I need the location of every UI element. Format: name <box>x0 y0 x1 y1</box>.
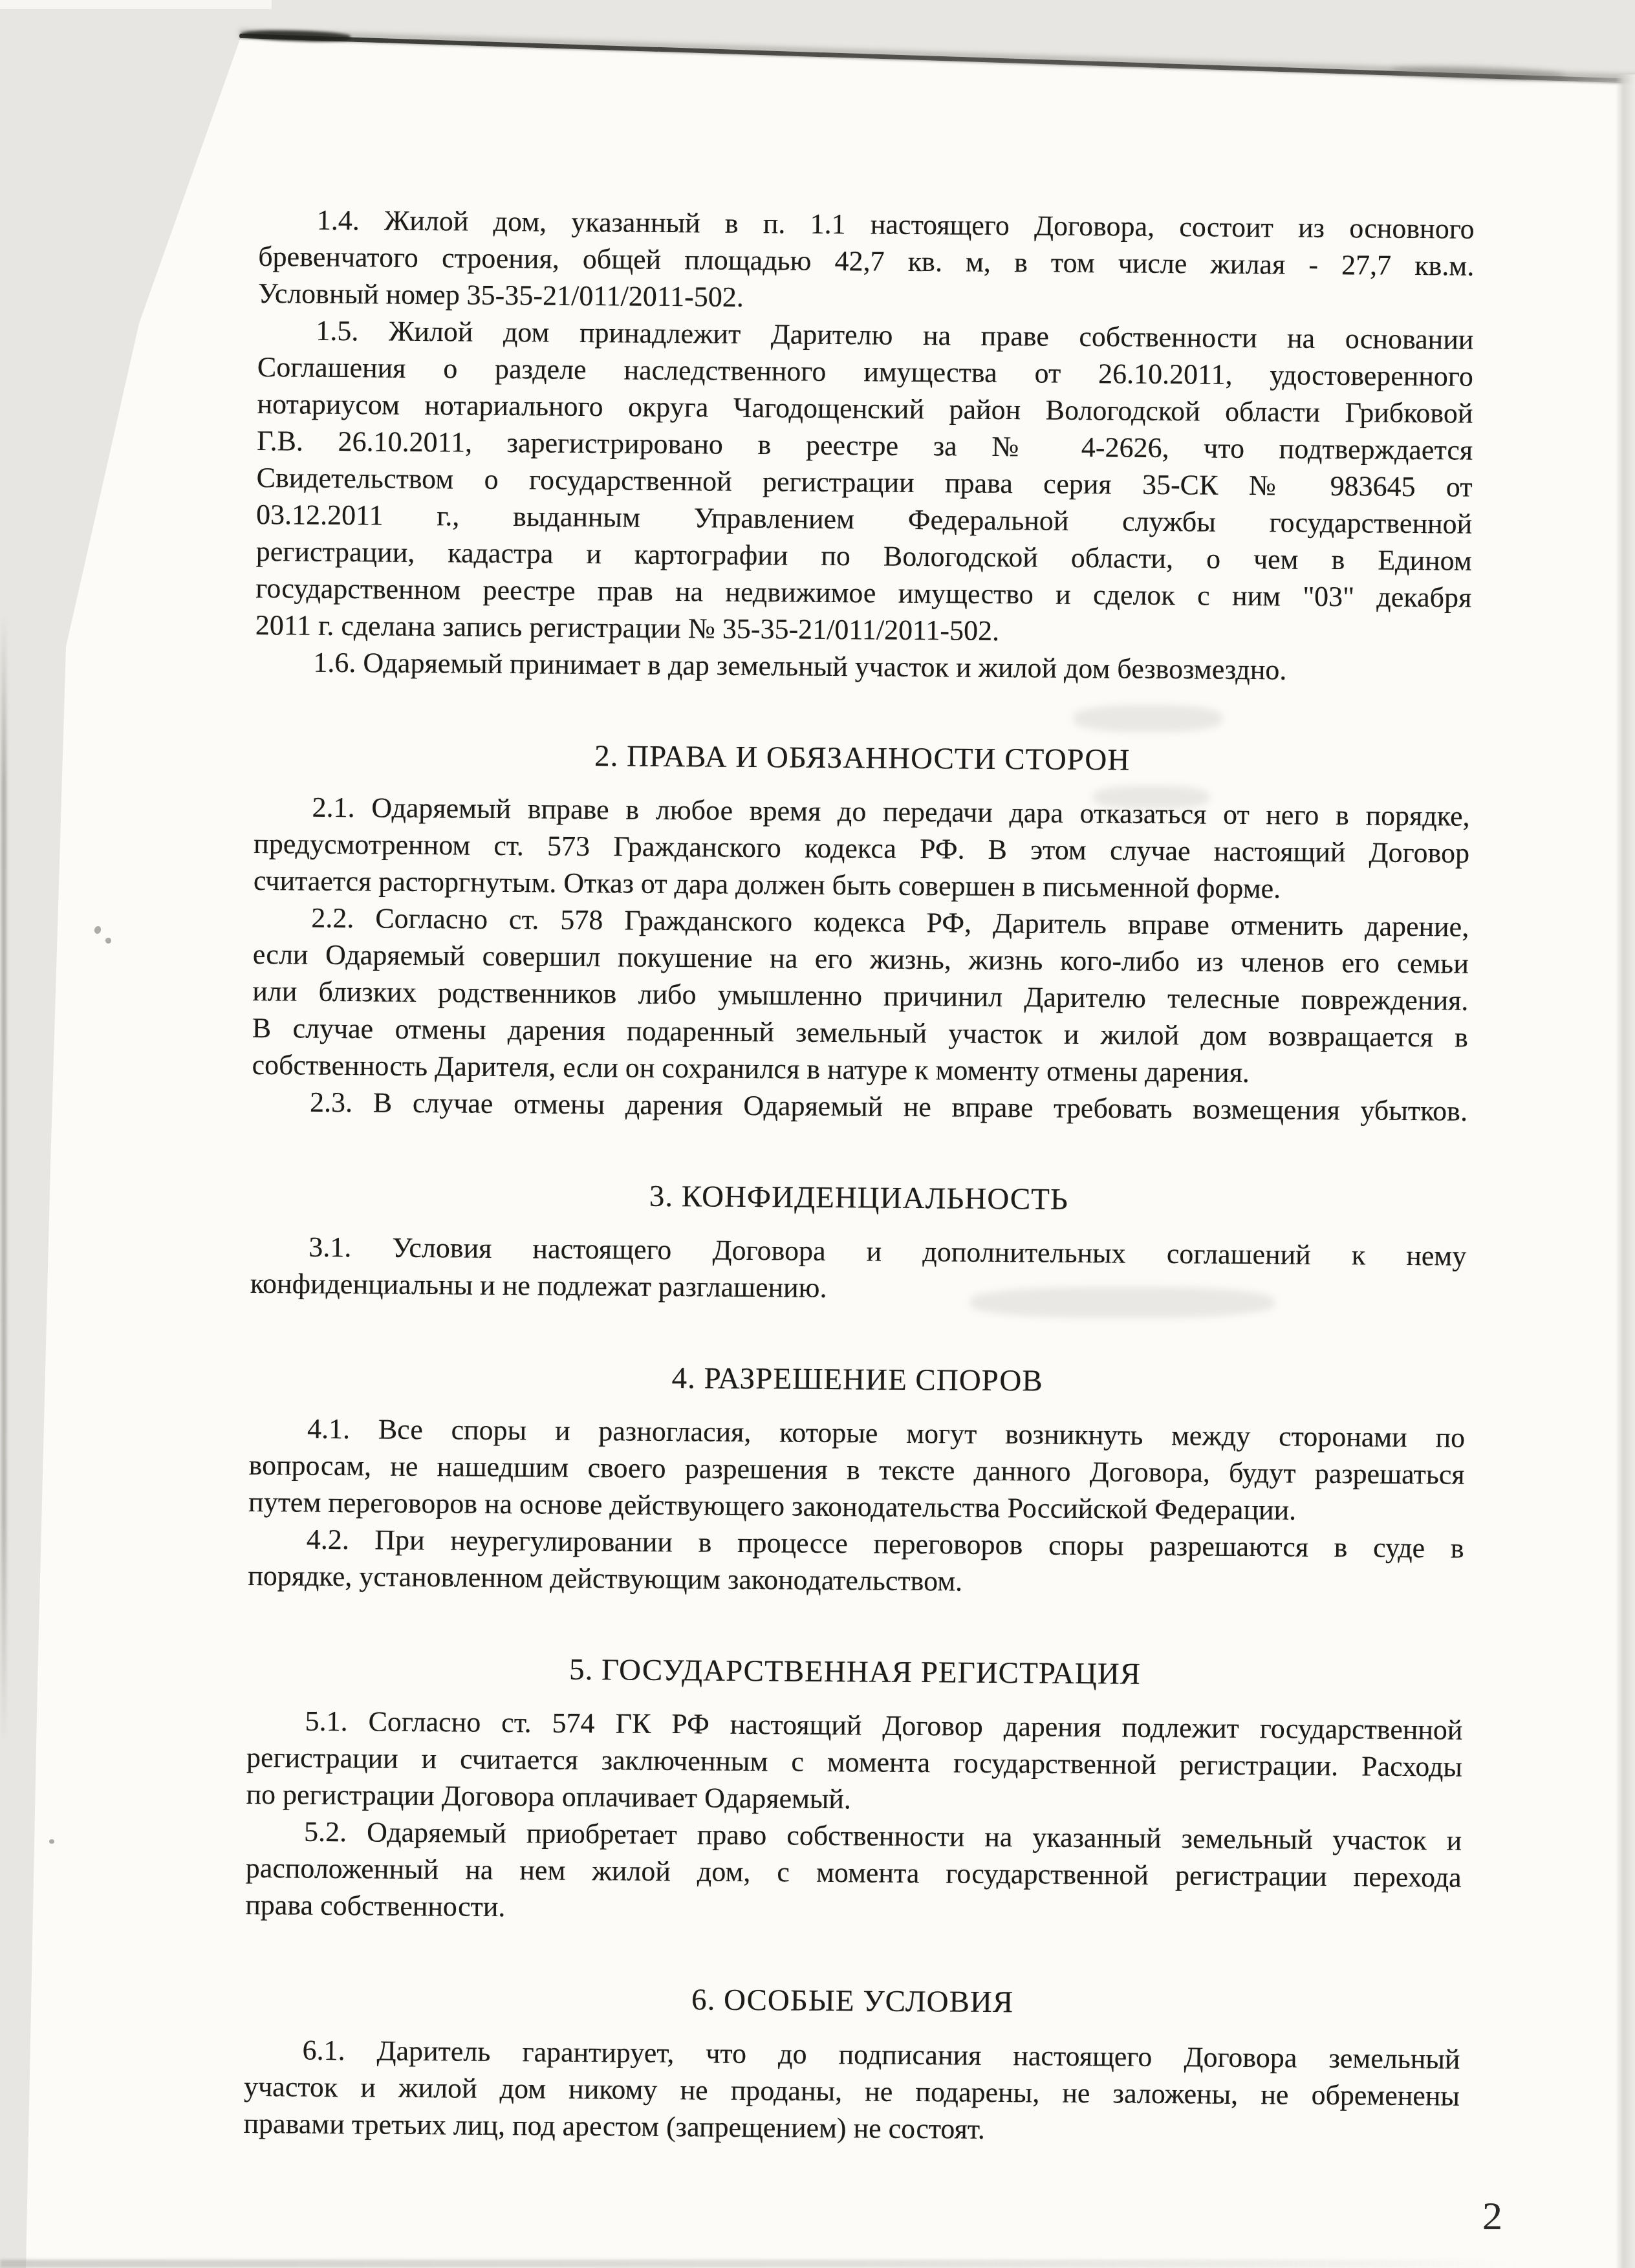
scan-speck <box>49 1839 54 1844</box>
clause-5-1: 5.1. Согласно ст. 574 ГК РФ настоящий До… <box>246 1702 1462 1822</box>
scanner-left-streak <box>1 614 6 1746</box>
page-right-edge-shadow <box>1616 74 1635 2268</box>
section-heading-3: 3. КОНФИДЕНЦИАЛЬНОСТЬ <box>251 1175 1467 1222</box>
section-heading-6: 6. ОСОБЫЕ УСЛОВИЯ <box>244 1978 1460 2025</box>
clause-4-2: 4.2. При неурегулировании в процессе пер… <box>248 1520 1464 1604</box>
clause-4-1: 4.1. Все споры и разногласия, которые мо… <box>248 1410 1465 1530</box>
scanner-top-sliver <box>0 0 272 9</box>
section-heading-5: 5. ГОСУДАРСТВЕННАЯ РЕГИСТРАЦИЯ <box>247 1649 1463 1696</box>
document-text: 1.4. Жилой дом, указанный в п. 1.1 насто… <box>243 201 1475 2152</box>
clause-5-2: 5.2. Одаряемый приобретает право собстве… <box>245 1813 1462 1933</box>
section-heading-2: 2. ПРАВА И ОБЯЗАННОСТИ СТОРОН <box>254 735 1470 782</box>
page-number: 2 <box>1482 2194 1502 2240</box>
clause-3-1: 3.1. Условия настоящего Договора и допол… <box>250 1228 1467 1312</box>
clause-1-5: 1.5. Жилой дом принадлежит Дарителю на п… <box>255 312 1474 653</box>
clause-1-4: 1.4. Жилой дом, указанный в п. 1.1 насто… <box>258 201 1475 321</box>
scan-speck <box>105 938 111 944</box>
page-bottom-edge-shadow <box>0 2260 1565 2268</box>
clause-2-1: 2.1. Одаряемый вправе в любое время до п… <box>254 788 1470 909</box>
section-heading-4: 4. РАЗРЕШЕНИЕ СПОРОВ <box>250 1357 1466 1403</box>
clause-6-1: 6.1. Даритель гарантирует, что до подпис… <box>243 2031 1460 2152</box>
clause-2-2: 2.2. Согласно ст. 578 Гражданского кодек… <box>252 899 1469 1093</box>
